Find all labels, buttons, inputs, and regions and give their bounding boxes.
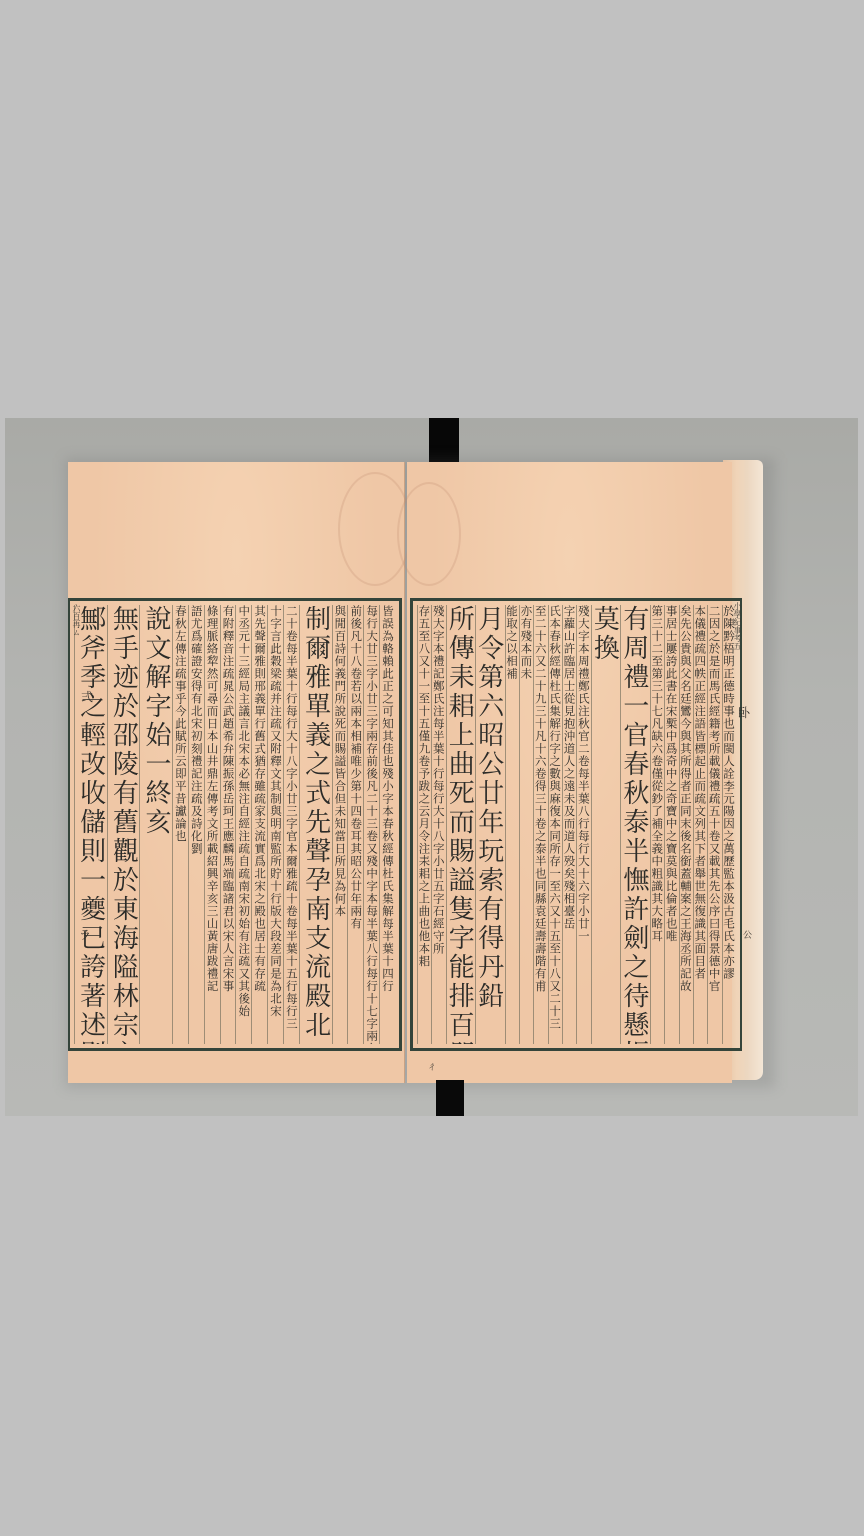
right-bottom-mark: ㄔ [427,1058,437,1073]
main-text-column: 無手迹於邵陵有舊觀於東海隘林宗之重寫 [107,605,140,1044]
annotation-column: 二因之於是而馬氏經籍考所載儀禮疏五十卷又載其先公序曰得景德中官 [707,605,721,1044]
bookmark-ribbon-top [429,418,459,462]
annotation-column: 事居士屢誇此書在宋槧中爲奇中之奇寶中之寶莫與比倫者也唯 [664,605,678,1044]
annotation-column: 與閒百詩何義門所說死而賜謚皆合但未知當日所見為何本 [332,605,348,1044]
annotation-column: 至二十六又二十九三十凡十六卷得三十卷之泰半也同縣袁廷壽壽階有甫 [533,605,547,1044]
annotation-column: 十字言此穀梁疏并注疏又附釋文其制與明南監所貯十行版大段差同是為北宋 [267,605,283,1044]
annotation-column: 第三十二至第三十七凡缺六卷僅從鈔了補全義中粗識其大略耳 [650,605,664,1044]
bookmark-ribbon-bottom [436,1080,464,1116]
left-columns: 皆誤為輅賴此正之可知其佳也殘小字本春秋經傳杜氏集解每半葉十四行每行大廿三字小廿三… [74,605,395,1044]
annotation-column: 能取之以相補 [505,605,519,1044]
left-text-frame: 皆誤為輅賴此正之可知其佳也殘小字本春秋經傳杜氏集解每半葉十四行每行大廿三字小廿三… [68,598,402,1051]
left-bottom-mark: ラ [79,926,91,943]
main-text-column: 莫換 [591,605,621,1044]
annotation-column: 前後凡十八卷若以兩本相補唯少第十四卷耳其昭公廿年兩有 [347,605,363,1044]
main-text-column: 所傳耒耜上曲死而賜謚隻字能排百朋奚啻 [446,605,476,1044]
book-photo: 皆誤為輅賴此正之可知其佳也殘小字本春秋經傳杜氏集解每半葉十四行每行大廿三字小廿三… [5,418,858,1116]
annotation-column: 有附釋音注疏晁公武趙希弁陳振孫岳珂王應麟馬端臨諸君以宋人言宋事 [220,605,236,1044]
annotation-column: 皆誤為輅賴此正之可知其佳也殘小字本春秋經傳杜氏集解每半葉十四行 [379,605,395,1044]
annotation-column: 本儀禮疏四帙正經注語皆標起止而疏文列其下者舉世無復識其面目者 [693,605,707,1044]
annotation-column: 其先聲爾雅則邢義單行舊式猶存雖疏家支流實爲北宋之殿也居士有存疏 [251,605,267,1044]
annotation-column: 每行大廿三字小廿三字兩存前後凡二十三卷又殘中字本每半葉八行每行十七字兩存 [363,605,379,1044]
annotation-column: 春秋左傳注疏事乎今此賦所云即平昔讞論也 [172,605,188,1044]
annotation-column: 條理脈絡犂然可尋而日本山井鼎左傳考文所載紹興辛亥三山黃唐跋禮記 [204,605,220,1044]
annotation-column: 字蘿山許臨居士從見抱沖道人之遠未及而道人殁矣殘相臺岳 [562,605,576,1044]
annotation-column: 氏本春秋經傳杜氏集解行字之數與麻復本同所存一至六又十五至十八又二十三 [548,605,562,1044]
right-columns: 於陳黔梧明正德時事也而閩人詮李元陽因之萬歷監本汲古毛氏本亦謬二因之於是而馬氏經籍… [417,605,736,1044]
annotation-column: 二十卷每半葉十行每行大十八字小廿三字官本爾雅疏十卷每半葉十五行每行三 [283,605,299,1044]
annotation-column: 語尤爲確證安得有北宋初刻禮記注疏及詩化劉 [188,605,204,1044]
annotation-column: 存五至八又十一至十五僅九卷予跋之云月令注耒耜之上曲也他本耜 [417,605,431,1044]
annotation-column: 殘大字本周禮鄭氏注秋官二卷每半葉八行每行大十六字小廿一 [576,605,590,1044]
left-margin-label: 六百再ㄙ [71,604,82,636]
annotation-column: 中丞元十三經局主議言北宋本必無注自經注疏自疏南宋初始有注疏又其後始 [235,605,251,1044]
annotation-column: 殘大字本禮記鄭氏注每半葉十行每行大十八字小廿五字石經守所 [431,605,445,1044]
main-text-column: 說文解字始一終亥 [139,605,172,1044]
right-side-mark-2: 公 [743,928,752,941]
right-margin-label: 小學紀事考五 [732,602,743,650]
main-text-column: 鄦斧季之輕改收儲則一夔已誇著述則三 [74,605,107,1044]
main-text-column: 有周禮一官春秋泰半憮許劍之待懸悵氤金之 [620,605,650,1044]
main-text-column: 制爾雅單義之式先聲孕南支流殿北 [299,605,332,1044]
left-side-mark: 弍 [81,688,93,705]
right-side-mark: 卧 [738,704,750,721]
annotation-column: 亦有殘本而未 [519,605,533,1044]
water-stain [397,482,461,586]
right-text-frame: 於陳黔梧明正德時事也而閩人詮李元陽因之萬歷監本汲古毛氏本亦謬二因之於是而馬氏經籍… [410,598,742,1051]
main-text-column: 月令第六昭公廿年玩索有得丹鉛 [475,605,505,1044]
annotation-column: 矣先公貴與父名廷鸞今與其所得者正同末後名銜蓋輔案之王海丞所記故 [679,605,693,1044]
annotation-column: 於陳黔梧明正德時事也而閩人詮李元陽因之萬歷監本汲古毛氏本亦謬 [722,605,736,1044]
